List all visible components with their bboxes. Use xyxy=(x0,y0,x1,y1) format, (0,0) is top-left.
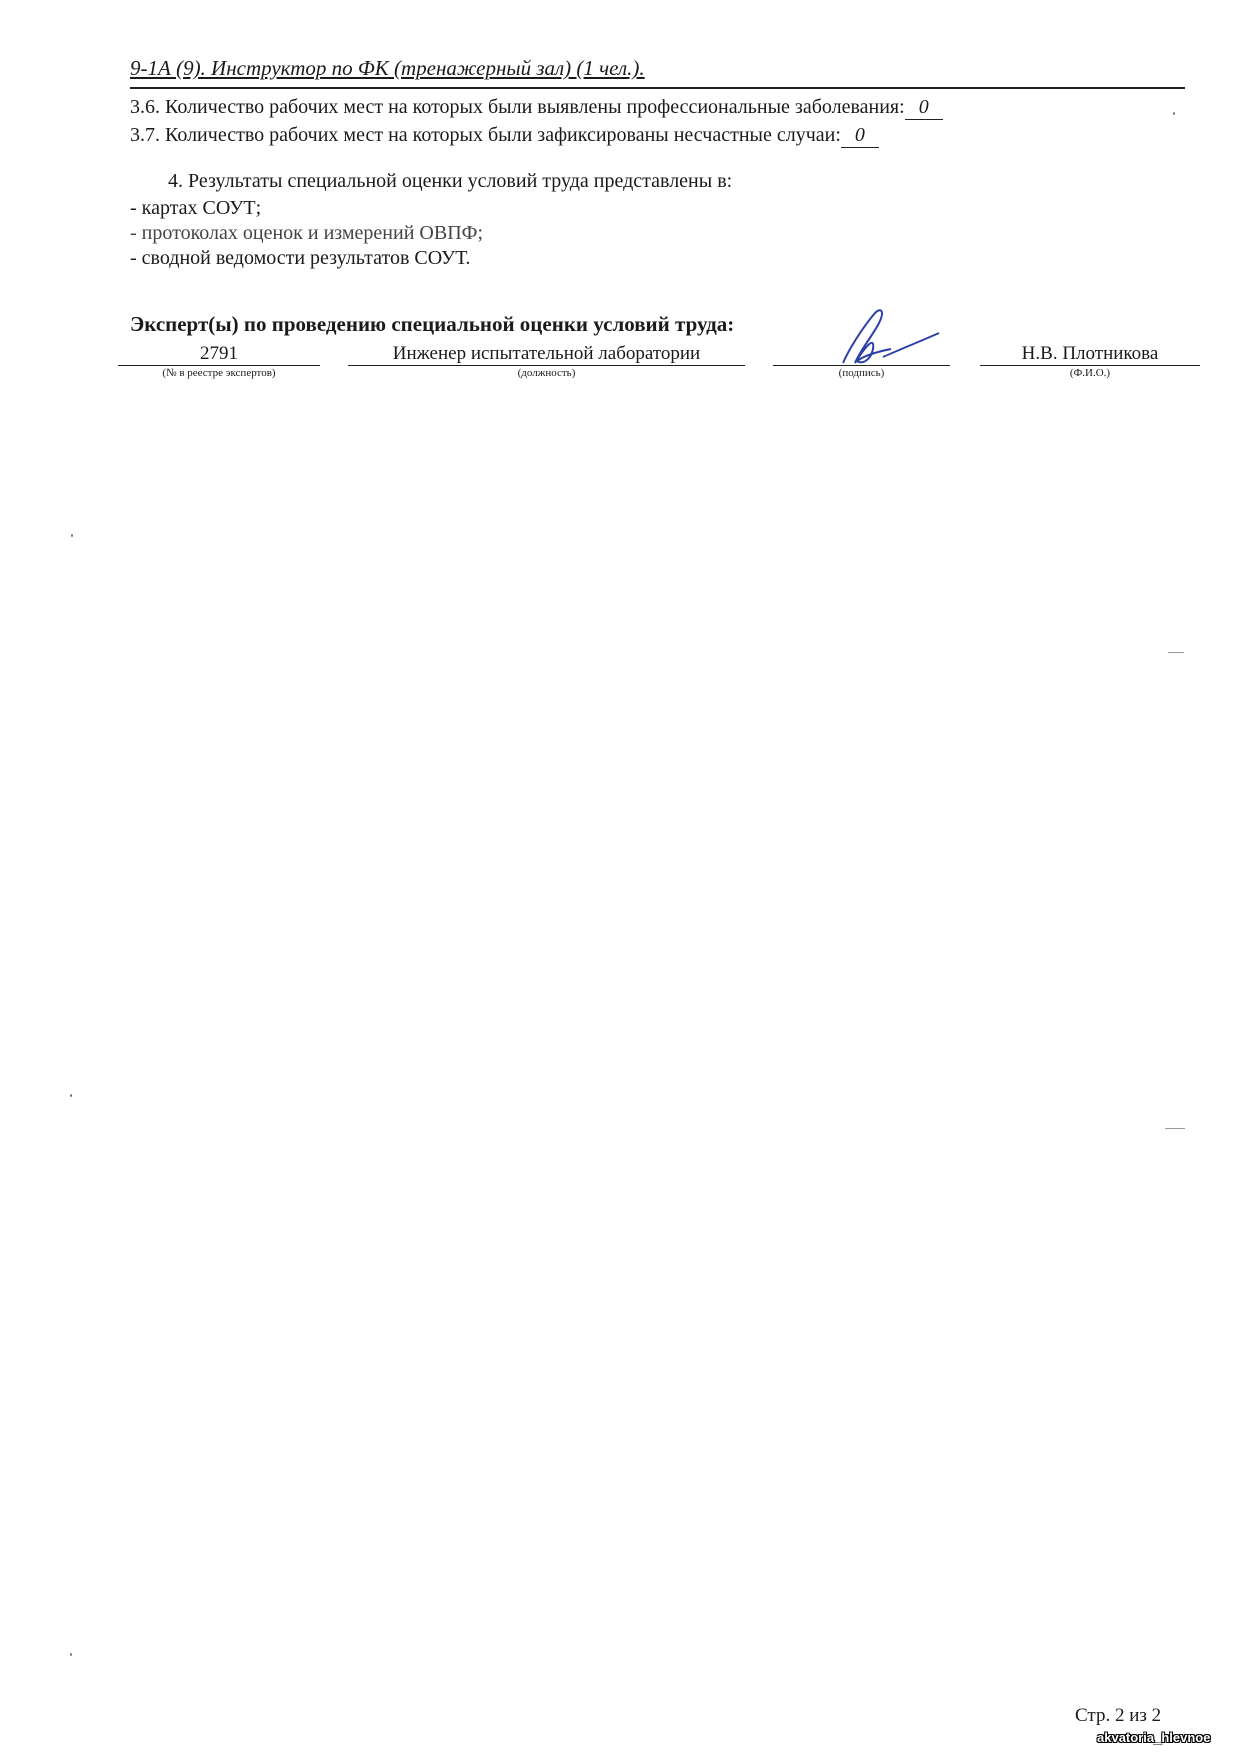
registry-number: 2791 xyxy=(118,343,320,366)
registry-number-field: 2791 (№ в реестре экспертов) xyxy=(118,343,320,380)
expert-name: Н.В. Плотникова xyxy=(980,343,1200,366)
item-3-6-value: 0 xyxy=(905,96,943,120)
scan-speck xyxy=(71,534,73,537)
watermark: akvatoria_hlevnoe xyxy=(1097,1730,1210,1745)
scan-speck xyxy=(70,1653,72,1656)
results-list-item: - сводной ведомости результатов СОУТ. xyxy=(130,247,470,270)
title-rule xyxy=(130,87,1185,89)
item-3-7-label: 3.7. Количество рабочих мест на которых … xyxy=(130,124,841,146)
item-3-7: 3.7. Количество рабочих мест на которых … xyxy=(130,124,879,148)
name-caption: (Ф.И.О.) xyxy=(980,367,1200,380)
registry-caption: (№ в реестре экспертов) xyxy=(118,367,320,380)
item-3-6: 3.6. Количество рабочих мест на которых … xyxy=(130,96,943,120)
section4-heading: 4. Результаты специальной оценки условий… xyxy=(168,170,732,193)
scan-speck xyxy=(70,1094,72,1097)
scan-speck xyxy=(1173,112,1175,115)
experts-heading: Эксперт(ы) по проведению специальной оце… xyxy=(130,312,734,337)
scan-mark xyxy=(1165,1128,1185,1129)
item-3-6-label: 3.6. Количество рабочих мест на которых … xyxy=(130,96,905,118)
position-field: Инженер испытательной лаборатории (должн… xyxy=(348,343,745,380)
results-list-item: - картах СОУТ; xyxy=(130,197,261,220)
scan-mark xyxy=(1168,652,1184,653)
page-number: Стр. 2 из 2 xyxy=(1075,1705,1161,1727)
position-caption: (должность) xyxy=(348,367,745,380)
expert-position: Инженер испытательной лаборатории xyxy=(348,343,745,366)
workplace-title: 9-1А (9). Инструктор по ФК (тренажерный … xyxy=(130,56,645,81)
name-field: Н.В. Плотникова (Ф.И.О.) xyxy=(980,343,1200,380)
signature-scribble-icon xyxy=(835,305,945,370)
results-list-item: - протоколах оценок и измерений ОВПФ; xyxy=(130,222,483,245)
item-3-7-value: 0 xyxy=(841,124,879,148)
